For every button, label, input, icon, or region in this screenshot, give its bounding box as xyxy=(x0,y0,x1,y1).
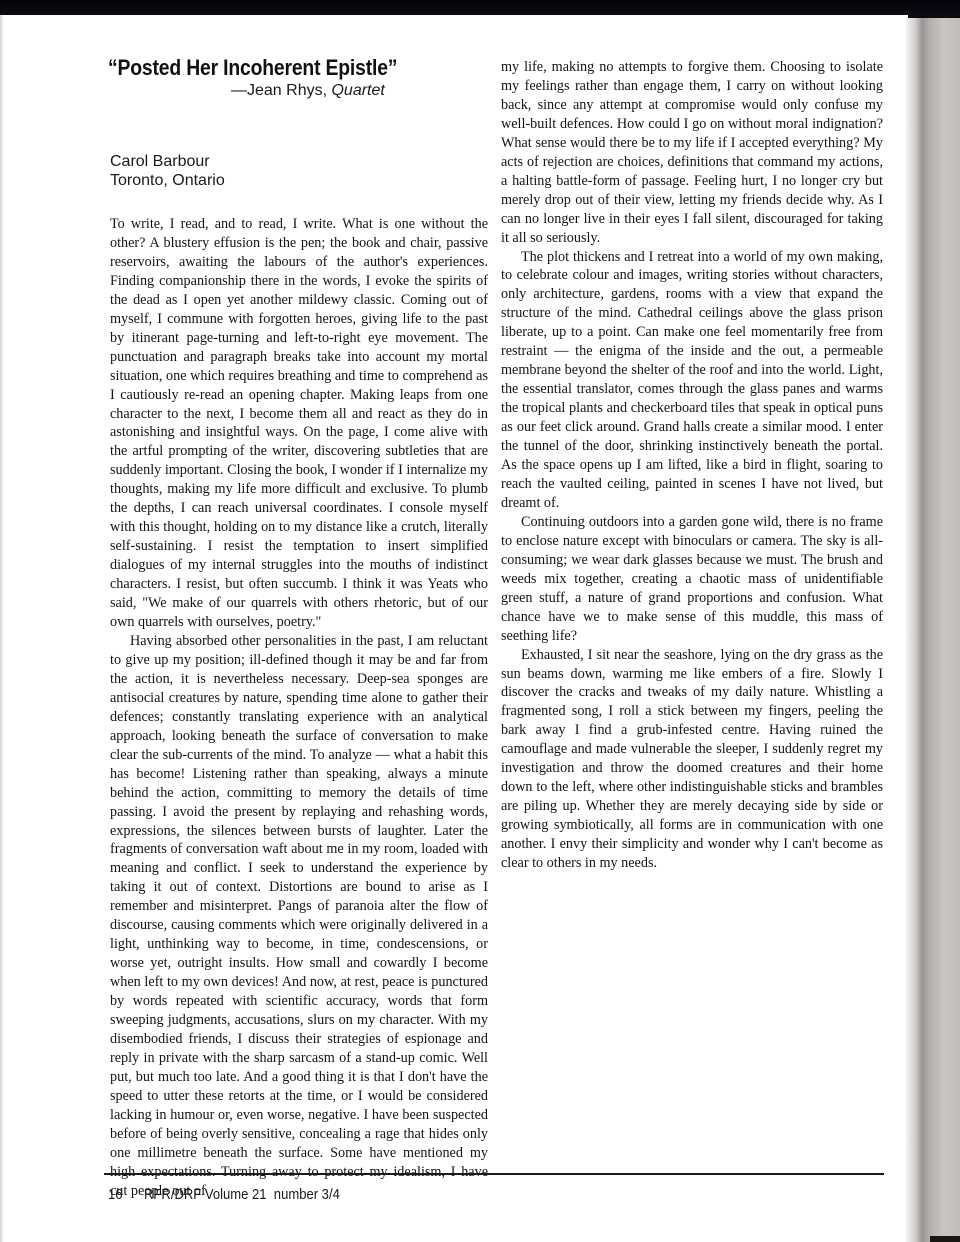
journal-citation: RFR/DRF Volume 21 number 3/4 xyxy=(144,1187,340,1203)
right-column-body: my life, making no attempts to forgive t… xyxy=(501,58,883,873)
page-left-edge xyxy=(0,15,4,1242)
left-column: “Posted Her Incoherent Epistle” —Jean Rh… xyxy=(110,55,488,190)
footer-divider xyxy=(104,1173,884,1175)
epigraph: —Jean Rhys, Quartet xyxy=(231,81,488,101)
paragraph: Having absorbed other personalities in t… xyxy=(110,632,488,1201)
scan-top-edge xyxy=(0,0,960,16)
article-title: “Posted Her Incoherent Epistle” xyxy=(108,55,435,81)
paragraph: my life, making no attempts to forgive t… xyxy=(501,58,883,248)
author-location: Toronto, Ontario xyxy=(110,172,488,191)
book-binding-shadow xyxy=(906,18,960,1242)
epigraph-work-title: Quartet xyxy=(331,82,384,99)
paragraph: Continuing outdoors into a garden gone w… xyxy=(501,513,883,646)
paragraph: To write, I read, and to read, I write. … xyxy=(110,215,488,632)
epigraph-attribution: —Jean Rhys, xyxy=(231,82,331,99)
right-column: my life, making no attempts to forgive t… xyxy=(501,58,883,873)
page-footer: 16RFR/DRF Volume 21 number 3/4 xyxy=(108,1187,340,1203)
paragraph: Exhausted, I sit near the seashore, lyin… xyxy=(501,646,883,873)
left-column-body: To write, I read, and to read, I write. … xyxy=(110,215,488,1201)
author-name: Carol Barbour xyxy=(110,153,488,172)
binding-bottom-edge xyxy=(930,1236,960,1242)
author-byline: Carol Barbour Toronto, Ontario xyxy=(110,153,488,190)
page-number: 16 xyxy=(108,1187,144,1203)
paragraph: The plot thickens and I retreat into a w… xyxy=(501,248,883,513)
